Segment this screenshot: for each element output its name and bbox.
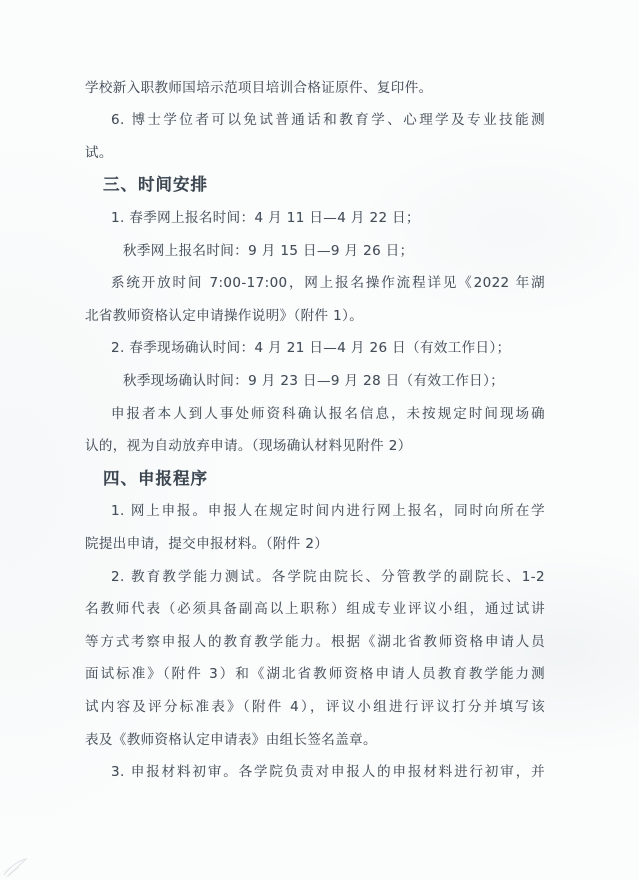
section-heading: 四、申报程序 [85,463,545,496]
text-line: 1. 春季网上报名时间：4 月 11 日—4 月 22 日； [85,202,545,235]
text-line: 认的，视为自动放弃申请。（现场确认材料见附件 2） [85,430,545,463]
text-line: 2. 春季现场确认时间：4 月 21 日—4 月 26 日（有效工作日）； [85,332,545,365]
text-line: 秋季现场确认时间：9 月 23 日—9 月 28 日（有效工作日）； [85,365,545,398]
text-line: 等方式考察申报人的教育教学能力。根据《湖北省教师资格申请人员 [85,626,545,659]
text-line: 6. 博士学位者可以免试普通话和教育学、心理学及专业技能测 [85,104,545,137]
section-heading: 三、时间安排 [85,169,545,202]
pencil-smudge [2,845,48,879]
text-line: 申报者本人到人事处师资科确认报名信息，未按规定时间现场确 [85,398,545,431]
document-text-block: 学校新入职教师国培示范项目培训合格证原件、复印件。6. 博士学位者可以免试普通话… [85,72,545,789]
text-line: 试。 [85,137,545,170]
text-line: 试内容及评分标准表》（附件 4），评议小组进行评议打分并填写该 [85,691,545,724]
text-line: 名教师代表（必须具备副高以上职称）组成专业评议小组，通过试讲 [85,593,545,626]
text-line: 3. 申报材料初审。各学院负责对申报人的申报材料进行初审，并 [85,756,545,789]
text-line: 学校新入职教师国培示范项目培训合格证原件、复印件。 [85,72,545,105]
text-line: 院提出申请，提交申报材料。（附件 2） [85,528,545,561]
scanned-document-page: 学校新入职教师国培示范项目培训合格证原件、复印件。6. 博士学位者可以免试普通话… [0,0,639,880]
text-line: 北省教师资格认定申请操作说明》（附件 1）。 [85,300,545,333]
text-line: 系统开放时间 7:00-17:00，网上报名操作流程详见《2022 年湖 [85,267,545,300]
text-line: 表及《教师资格认定申请表》由组长签名盖章。 [85,724,545,757]
text-line: 1. 网上申报。申报人在规定时间内进行网上报名，同时向所在学 [85,495,545,528]
text-line: 2. 教育教学能力测试。各学院由院长、分管教学的副院长、1-2 [85,561,545,594]
text-line: 秋季网上报名时间：9 月 15 日—9 月 26 日； [85,235,545,268]
text-line: 面试标准》（附件 3）和《湖北省教师资格申请人员教育教学能力测 [85,658,545,691]
